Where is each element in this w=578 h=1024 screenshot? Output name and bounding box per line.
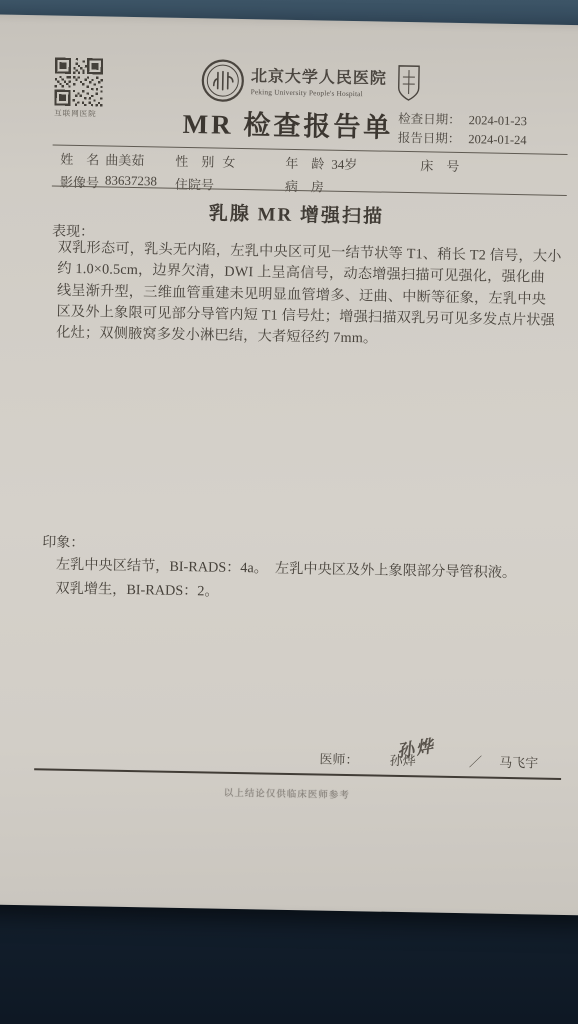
exam-date-label: 检查日期： [398,112,461,127]
gender-value: 女 [222,152,235,171]
signature-separator: ／ [469,754,482,769]
findings-paragraph: 双乳形态可，乳头无内陷，左乳中央区可见一结节状等 T1、稍长 T2 信号，大小 … [56,238,563,354]
footer-note: 以上结论仅供临床医师参考 [224,785,350,801]
report-dates: 检查日期：2024-01-23 报告日期：2024-01-24 [398,110,528,150]
exam-date-value: 2024-01-23 [469,113,528,128]
ward-label: 病 房 [285,176,324,196]
report-date-value: 2024-01-24 [468,132,527,147]
physician-label: 医师： [319,752,358,768]
report-content: 互联网医院 北京大学人民医院 Peking University People'… [0,14,578,916]
report-date-label: 报告日期： [398,131,461,146]
name-value: 曲美茹 [105,150,144,170]
admission-label: 住院号 [175,174,214,194]
report-paper: 互联网医院 北京大学人民医院 Peking University People'… [0,14,578,916]
hospital-shield-icon [396,64,421,102]
age-label: 年 龄 [285,153,324,173]
physician-name-2: 马飞宇 [499,755,538,771]
impression-label: 印象： [42,531,84,552]
report-date-row: 报告日期：2024-01-24 [398,129,527,150]
gender-label: 性 别 [175,151,214,171]
hospital-name-cn: 北京大学人民医院 [251,63,401,89]
bed-label: 床 号 [420,155,459,175]
image-no-label: 影像号 [60,172,99,192]
peking-university-seal-icon [200,58,245,103]
photo-background: 互联网医院 北京大学人民医院 Peking University People'… [0,0,578,1024]
name-label: 姓 名 [60,149,99,169]
exam-date-row: 检查日期：2024-01-23 [398,110,527,131]
impression-paragraph: 左乳中央区结节，BI-RADS：4a。 左乳中央区及外上象限部分导管积液。 双乳… [55,554,561,610]
hospital-name-en: Peking University People's Hospital [251,87,401,99]
age-value: 34岁 [331,154,357,173]
hospital-name-block: 北京大学人民医院 Peking University People's Hosp… [251,63,402,99]
